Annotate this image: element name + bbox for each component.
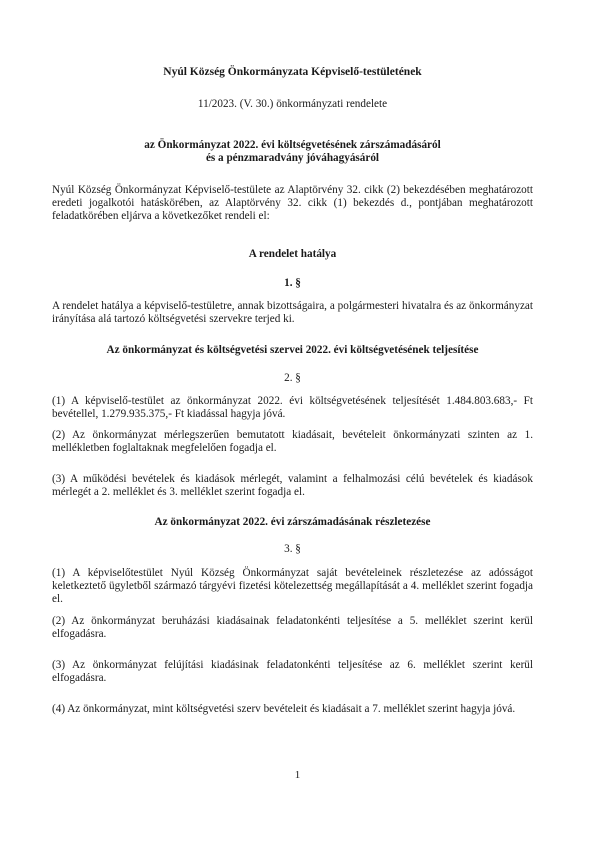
section-2-paragraph-1: (1) A képviselő-testület az önkormányzat…: [52, 395, 533, 421]
decree-number: 11/2023. (V. 30.) önkormányzati rendelet…: [52, 98, 533, 111]
section-heading-budget-execution: Az önkormányzat és költségvetési szervei…: [52, 344, 533, 357]
paragraph-mark-1: 1. §: [52, 277, 533, 290]
section-heading-scope: A rendelet hatálya: [52, 248, 533, 261]
decree-subtitle-line2: és a pénzmaradvány jóváhagyásáról: [52, 152, 533, 165]
paragraph-mark-3: 3. §: [52, 543, 533, 556]
section-1-paragraph: A rendelet hatálya a képviselő-testületr…: [52, 300, 533, 326]
section-3-paragraph-3: (3) Az önkormányzat felújítási kiadásina…: [52, 659, 533, 685]
issuer-title: Nyúl Község Önkormányzata Képviselő-test…: [52, 66, 533, 79]
section-heading-closing-accounts: Az önkormányzat 2022. évi zárszámadásána…: [52, 516, 533, 529]
page-number: 1: [0, 769, 595, 781]
decree-subtitle: az Önkormányzat 2022. évi költségvetésén…: [52, 139, 533, 165]
paragraph-mark-2: 2. §: [52, 372, 533, 385]
section-3-paragraph-2: (2) Az önkormányzat beruházási kiadásain…: [52, 615, 533, 641]
section-2-paragraph-2: (2) Az önkormányzat mérlegszerűen bemuta…: [52, 429, 533, 455]
section-2-paragraph-3: (3) A működési bevételek és kiadások mér…: [52, 473, 533, 499]
section-3-paragraph-4: (4) Az önkormányzat, mint költségvetési …: [52, 703, 533, 716]
section-3-paragraph-1: (1) A képviselőtestület Nyúl Község Önko…: [52, 567, 533, 607]
decree-subtitle-line1: az Önkormányzat 2022. évi költségvetésén…: [52, 139, 533, 152]
preamble: Nyúl Község Önkormányzat Képviselő-testü…: [52, 184, 533, 224]
